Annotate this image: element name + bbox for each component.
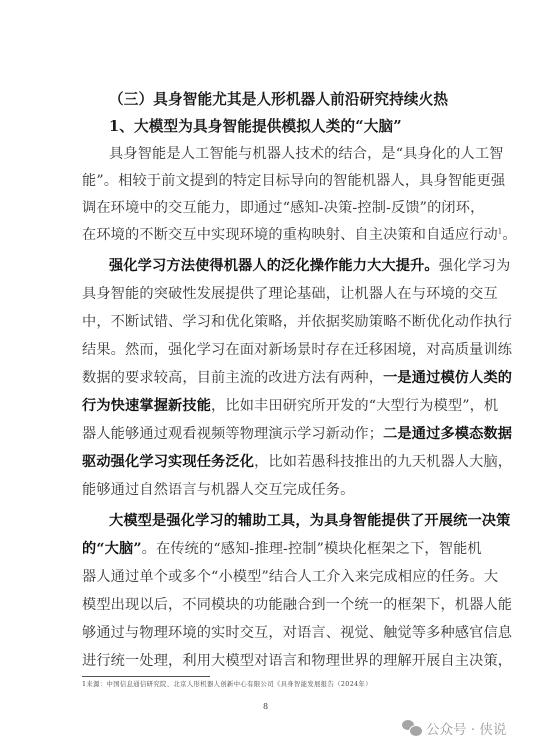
watermark-text: 公众号 · 侠说	[426, 718, 506, 738]
paragraph-3-line-6: 进行统一处理，利用大模型对语言和物理世界的理解开展自主决策，	[82, 650, 458, 672]
paragraph-2-line-6-rest: ，比如丰田研究所开发的“大型行为模型”，机	[211, 398, 498, 414]
paragraph-2-line-4: 结果。然而，强化学习在面对新场景时存在迁移困境，对高质量训练	[82, 339, 458, 361]
footnote: 1来源：中国信息通信研究院、北京人形机器人创新中心有限公司《具身智能发展报告（2…	[82, 680, 372, 690]
paragraph-2-line-9: 能够通过自然语言与机器人交互完成任务。	[82, 479, 458, 501]
paragraph-2-line-3: 中，不断试错、学习和优化策略，并依据奖励策略不断优化动作执行	[82, 311, 458, 333]
paragraph-2-line-8-bold: 驱动强化学习实现任务泛化	[82, 454, 254, 470]
paragraph-3-line-3: 器人通过单个或多个“小模型”结合人工介入来完成相应的任务。大	[82, 566, 458, 588]
paragraph-2-line-6: 行为快速掌握新技能，比如丰田研究所开发的“大型行为模型”，机	[82, 395, 458, 417]
wechat-icon	[402, 720, 422, 736]
paragraph-3-line-4: 模型出现以后，不同模块的功能融合到一个统一的框架下，机器人能	[82, 594, 458, 616]
footnote-divider	[82, 676, 210, 677]
paragraph-1-line-2: 能”。相较于前文提到的特定目标导向的智能机器人，具身智能更强	[82, 170, 458, 192]
paragraph-1-line-1: 具身智能是人工智能与机器人技术的结合，是“具身化的人工智	[109, 143, 458, 165]
paragraph-1-line-4: 在环境的不断交互中实现环境的重构映射、自主决策和自适应行动1。	[82, 224, 458, 246]
paragraph-2-line-6-bold: 行为快速掌握新技能	[82, 398, 211, 414]
paragraph-3-line-2-bold: 的“大脑”	[82, 541, 142, 557]
page-number: 8	[263, 702, 268, 711]
paragraph-2-line-5-bold: 一是通过模仿人类的	[383, 370, 512, 386]
paragraph-2-line-8: 驱动强化学习实现任务泛化，比如若愚科技推出的九天机器人大脑，	[82, 451, 458, 473]
paragraph-3-line-2: 的“大脑”。在传统的“感知-推理-控制”模块化框架之下，智能机	[82, 538, 458, 560]
paragraph-2-line-7-plain: 器人能够通过观看视频等物理演示学习新动作；	[82, 426, 383, 442]
paragraph-2-line-2: 具身智能的突破性发展提供了理论基础，让机器人在与环境的交互	[82, 283, 458, 305]
paragraph-3-line-1: 大模型是强化学习的辅助工具，为具身智能提供了开展统一决策	[109, 510, 458, 532]
paragraph-2-line-8-rest: ，比如若愚科技推出的九天机器人大脑，	[254, 454, 512, 470]
paragraph-1-end-punct: 。	[502, 227, 516, 243]
paragraph-3-line-2-rest: 。在传统的“感知-推理-控制”模块化框架之下，智能机	[142, 541, 482, 557]
document-page: （三）具身智能尤其是人形机器人前沿研究持续火热 1、大模型为具身智能提供模拟人类…	[0, 0, 534, 755]
paragraph-2-line-5-plain: 数据的要求较高，目前主流的改进方法有两种，	[82, 370, 383, 386]
paragraph-2-lead-bold: 强化学习方法使得机器人的泛化操作能力大大提升。	[109, 258, 439, 274]
sub-heading: 1、大模型为具身智能提供模拟人类的“大脑”	[109, 116, 485, 138]
paragraph-3-lead-bold: 大模型是强化学习的辅助工具，为具身智能提供了开展统一决策	[109, 513, 510, 529]
paragraph-2-line-7-bold: 二是通过多模态数据	[383, 426, 512, 442]
section-heading: （三）具身智能尤其是人形机器人前沿研究持续火热	[109, 89, 485, 111]
paragraph-3-line-5: 够通过与物理环境的实时交互，对语言、视觉、触觉等多种感官信息	[82, 622, 458, 644]
paragraph-2-line-1-rest: 强化学习为	[439, 258, 511, 274]
paragraph-2-line-5: 数据的要求较高，目前主流的改进方法有两种，一是通过模仿人类的	[82, 367, 458, 389]
paragraph-2-line-7: 器人能够通过观看视频等物理演示学习新动作；二是通过多模态数据	[82, 423, 458, 445]
watermark: 公众号 · 侠说	[402, 718, 506, 738]
paragraph-1-line-3: 调在环境中的交互能力，即通过“感知-决策-控制-反馈”的闭环，	[82, 197, 458, 219]
paragraph-2-line-1: 强化学习方法使得机器人的泛化操作能力大大提升。强化学习为	[109, 255, 458, 277]
paragraph-1-line-4-text: 在环境的不断交互中实现环境的重构映射、自主决策和自适应行动	[82, 227, 498, 243]
